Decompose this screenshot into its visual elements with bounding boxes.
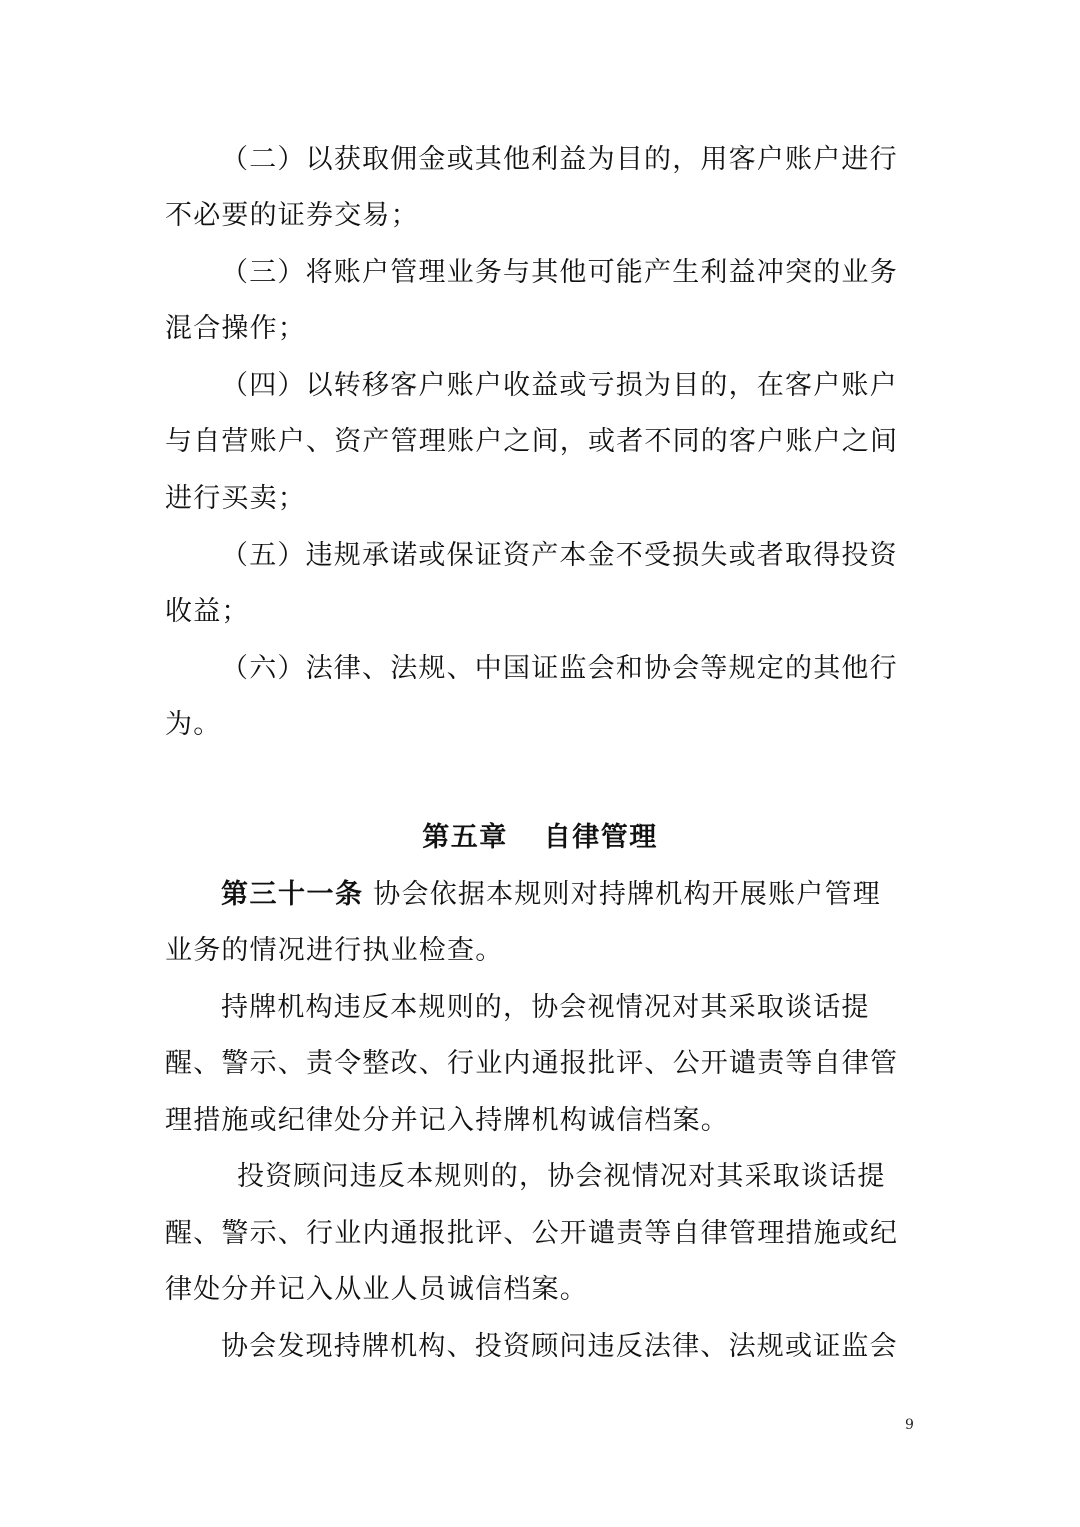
chapter-title: 自律管理 (544, 822, 658, 853)
text-line: （三）将账户管理业务与其他可能产生利益冲突的业务 (165, 256, 917, 290)
text-line: 投资顾问违反本规则的，协会视情况对其采取谈话提 (165, 1160, 917, 1194)
text-line: 进行买卖； (165, 482, 917, 516)
text-line: （四）以转移客户账户收益或亏损为目的，在客户账户 (165, 369, 917, 403)
text-line: 为。 (165, 708, 917, 742)
text-line: 律处分并记入从业人员诚信档案。 (165, 1273, 917, 1307)
text-line: 收益； (165, 595, 917, 629)
text-line: （五）违规承诺或保证资产本金不受损失或者取得投资 (165, 539, 917, 573)
text-line: 醒、警示、责令整改、行业内通报批评、公开谴责等自律管 (165, 1047, 917, 1081)
text-line: 理措施或纪律处分并记入持牌机构诚信档案。 (165, 1104, 917, 1138)
text-line: （六）法律、法规、中国证监会和协会等规定的其他行 (165, 652, 917, 686)
text-line: 持牌机构违反本规则的，协会视情况对其采取谈话提 (165, 991, 917, 1025)
chapter-number: 第五章 (422, 822, 508, 853)
article-label: 第三十一条 (221, 879, 364, 910)
article-text: 协会依据本规则对持牌机构开展账户管理 (373, 879, 881, 910)
chapter-heading: 第五章自律管理 (0, 821, 1080, 855)
text-line: （二）以获取佣金或其他利益为目的，用客户账户进行 (165, 143, 917, 177)
text-line: 醒、警示、行业内通报批评、公开谴责等自律管理措施或纪 (165, 1217, 917, 1251)
text-line: 协会发现持牌机构、投资顾问违反法律、法规或证监会 (165, 1330, 917, 1364)
text-line: 不必要的证券交易； (165, 199, 917, 233)
text-line: 业务的情况进行执业检查。 (165, 934, 917, 968)
text-line: 与自营账户、资产管理账户之间，或者不同的客户账户之间 (165, 425, 917, 459)
document-page: （二）以获取佣金或其他利益为目的，用客户账户进行 不必要的证券交易； （三）将账… (0, 0, 1080, 1527)
page-number: 9 (905, 1417, 914, 1433)
text-line: 混合操作； (165, 312, 917, 346)
article-first-line: 第三十一条 协会依据本规则对持牌机构开展账户管理 (165, 878, 917, 912)
